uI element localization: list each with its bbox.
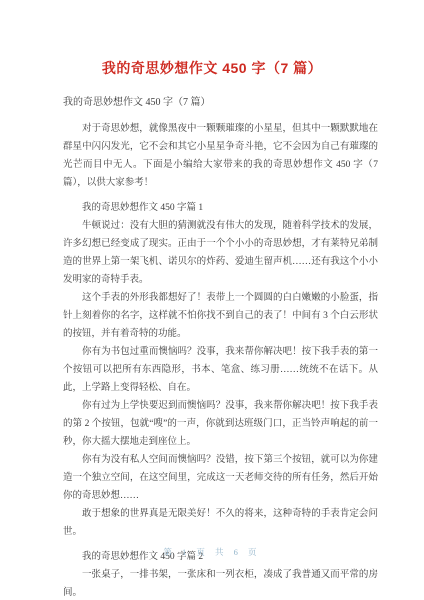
document-subtitle: 我的奇思妙想作文 450 字（7 篇） bbox=[63, 93, 376, 108]
page-number-footer: 第 1 页 共 6 页 bbox=[0, 546, 424, 558]
document-body: 对于奇思妙想，就像黑夜中一颗颗璀璨的小星星，但其中一颗默默地在群星中闪闪发光，它… bbox=[63, 120, 378, 600]
paragraph: 你有过为上学快要迟到而懊恼吗？没事，我来帮你解决吧！按下我手表的第 2 个按钮，… bbox=[63, 397, 378, 451]
paragraph: 一张桌子，一排书架，一张床和一列衣柜，凑成了我普通又而平常的房间。 bbox=[63, 566, 378, 600]
paragraph: 你有为没有私人空间而懊恼吗？没错，按下第三个按钮，就可以为你建造一个独立空间，在… bbox=[63, 451, 378, 505]
paragraph: 敢于想象的世界真是无限美好！不久的将来，这种奇特的手表肯定会问世。 bbox=[63, 505, 378, 541]
paragraph: 牛顿说过：没有大胆的猜测就没有伟大的发现，随着科学技术的发展，许多幻想已经变成了… bbox=[63, 217, 378, 289]
paragraph: 你有为书包过重而懊恼吗？没事，我来帮你解决吧！按下我手表的第一个按钮可以把所有东… bbox=[63, 343, 378, 397]
paragraph: 对于奇思妙想，就像黑夜中一颗颗璀璨的小星星，但其中一颗默默地在群星中闪闪发光，它… bbox=[63, 120, 378, 192]
page-title: 我的奇思妙想作文 450 字（7 篇） bbox=[0, 0, 424, 78]
section-heading: 我的奇思妙想作文 450 字篇 1 bbox=[63, 199, 378, 217]
document-page: 我的奇思妙想作文 450 字（7 篇） 我的奇思妙想作文 450 字（7 篇） … bbox=[0, 0, 424, 600]
paragraph: 这个手表的外形我都想好了！表带上一个圆圆的白白嫩嫩的小脸蛋，指针上刻着你的名字，… bbox=[63, 289, 378, 343]
